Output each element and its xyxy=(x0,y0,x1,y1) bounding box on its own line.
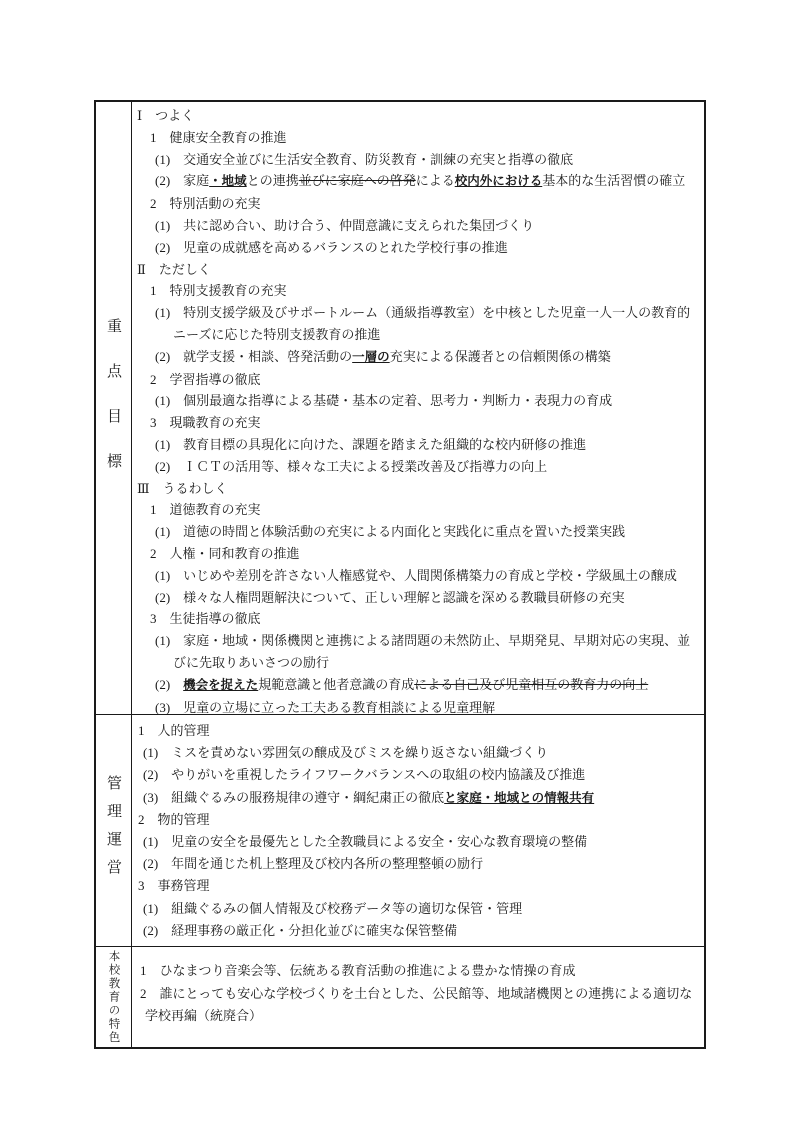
text-segment-normal: Ⅱ ただしく xyxy=(137,262,211,277)
doc-line: 2 物的管理 xyxy=(132,809,698,831)
doc-line: (1) ミスを責めない雰囲気の醸成及びミスを繰り返さない組織づくり xyxy=(132,742,698,764)
doc-line: Ⅲ うるわしく xyxy=(132,478,698,500)
text-segment-normal: (2) xyxy=(155,677,183,692)
doc-line: (1) 交通安全並びに生活安全教育、防災教育・訓練の充実と指導の徹底 xyxy=(132,149,698,171)
doc-line: (1) 道徳の時間と体験活動の充実による内面化と実践化に重点を置いた授業実践 xyxy=(132,521,698,543)
text-segment-add: と家庭・地域との情報共有 xyxy=(444,791,594,805)
text-segment-normal: による xyxy=(416,173,455,188)
doc-line: 2 誰にとっても安心な学校づくりを土台とした、公民館等、地域諸機関との連携による… xyxy=(132,983,698,1028)
text-segment-add: ・地域 xyxy=(209,174,247,188)
section-label-cell: 本校教育の特色 xyxy=(96,947,132,1047)
text-segment-normal: 基本的な生活習慣の確立 xyxy=(542,173,685,188)
doc-line: 1 道徳教育の充実 xyxy=(132,499,698,521)
doc-line: 2 学習指導の徹底 xyxy=(132,369,698,391)
document-page: 重点目標Ⅰ つよく1 健康安全教育の推進(1) 交通安全並びに生活安全教育、防災… xyxy=(0,0,800,1131)
doc-line: (3) 組織ぐるみの服務規律の遵守・綱紀粛正の徹底と家庭・地域との情報共有 xyxy=(132,787,698,809)
text-segment-normal: (1) 個別最適な指導による基礎・基本の定着、思考力・判断力・表現力の育成 xyxy=(155,393,612,408)
text-segment-add: 機会を捉えた xyxy=(183,678,258,692)
text-segment-normal: との連携 xyxy=(247,173,299,188)
text-segment-normal: (2) やりがいを重視したライフワークバランスへの取組の校内協議及び推進 xyxy=(143,767,585,782)
text-segment-normal: (1) 家庭・地域・関係機関と連携による諸問題の未然防止、早期発見、早期対応の実… xyxy=(155,633,690,670)
section-row: 本校教育の特色1 ひなまつり音楽会等、伝統ある教育活動の推進による豊かな情操の育… xyxy=(96,946,704,1047)
section-label: 管理運営 xyxy=(103,775,124,887)
section-row: 管理運営1 人的管理(1) ミスを責めない雰囲気の醸成及びミスを繰り返さない組織… xyxy=(96,714,704,946)
text-segment-normal: 3 事務管理 xyxy=(138,878,210,893)
section-label: 本校教育の特色 xyxy=(106,950,122,1045)
doc-line: (2) 様々な人権問題解決について、正しい理解と認識を深める教職員研修の充実 xyxy=(132,587,698,609)
text-segment-normal: (1) ミスを責めない雰囲気の醸成及びミスを繰り返さない組織づくり xyxy=(143,745,548,760)
doc-line: (3) 児童の立場に立った工夫ある教育相談による児童理解 xyxy=(132,697,698,714)
doc-line: (2) 就学支援・相談、啓発活動の一層の充実による保護者との信頼関係の構築 xyxy=(132,346,698,369)
doc-line: (1) 組織ぐるみの個人情報及び校務データ等の適切な保管・管理 xyxy=(132,898,698,920)
section-content: Ⅰ つよく1 健康安全教育の推進(1) 交通安全並びに生活安全教育、防災教育・訓… xyxy=(132,102,704,714)
doc-line: Ⅰ つよく xyxy=(132,105,698,127)
doc-line: (2) 年間を通じた机上整理及び校内各所の整理整頓の励行 xyxy=(132,853,698,875)
section-label: 重点目標 xyxy=(103,318,124,498)
section-label-cell: 管理運営 xyxy=(96,715,132,946)
text-segment-normal: (1) 特別支援学級及びサポートルーム（通級指導教室）を中核とした児童一人一人の… xyxy=(155,305,690,342)
text-segment-normal: Ⅰ つよく xyxy=(137,108,194,123)
text-segment-normal: 1 特別支援教育の充実 xyxy=(150,283,287,298)
doc-line: (2) 機会を捉えた規範意識と他者意識の育成による自己及び児童相互の教育力の向上 xyxy=(132,674,698,697)
text-segment-normal: (2) 経理事務の厳正化・分担化並びに確実な保管整備 xyxy=(143,923,457,938)
text-segment-normal: 1 道徳教育の充実 xyxy=(150,502,261,517)
text-segment-normal: (3) 児童の立場に立った工夫ある教育相談による児童理解 xyxy=(155,700,495,714)
section-content: 1 ひなまつり音楽会等、伝統ある教育活動の推進による豊かな情操の育成2 誰にとっ… xyxy=(132,947,704,1047)
education-plan-table: 重点目標Ⅰ つよく1 健康安全教育の推進(1) 交通安全並びに生活安全教育、防災… xyxy=(94,100,706,1049)
text-segment-normal: Ⅲ うるわしく xyxy=(137,481,228,496)
text-segment-normal: (1) 共に認め合い、助け合う、仲間意識に支えられた集団づくり xyxy=(155,218,534,233)
doc-line: (2) 家庭・地域との連携並びに家庭への啓発による校内外における基本的な生活習慣… xyxy=(132,170,698,193)
text-segment-normal: (1) いじめや差別を許さない人権感覚や、人間関係構築力の育成と学校・学級風土の… xyxy=(155,568,677,583)
doc-line: 3 生徒指導の徹底 xyxy=(132,608,698,630)
doc-line: 1 健康安全教育の推進 xyxy=(132,127,698,149)
doc-line: (1) 個別最適な指導による基礎・基本の定着、思考力・判断力・表現力の育成 xyxy=(132,390,698,412)
text-segment-normal: 2 特別活動の充実 xyxy=(150,196,261,211)
doc-line: (2) 経理事務の厳正化・分担化並びに確実な保管整備 xyxy=(132,920,698,942)
section-row: 重点目標Ⅰ つよく1 健康安全教育の推進(1) 交通安全並びに生活安全教育、防災… xyxy=(96,102,704,714)
doc-line: 3 現職教育の充実 xyxy=(132,412,698,434)
doc-line: (2) ＩＣＴの活用等、様々な工夫による授業改善及び指導力の向上 xyxy=(132,456,698,478)
text-segment-normal: 3 現職教育の充実 xyxy=(150,415,261,430)
doc-line: 1 特別支援教育の充実 xyxy=(132,280,698,302)
text-segment-normal: (1) 教育目標の具現化に向けた、課題を踏まえた組織的な校内研修の推進 xyxy=(155,437,586,452)
text-segment-normal: (1) 組織ぐるみの個人情報及び校務データ等の適切な保管・管理 xyxy=(143,901,522,916)
doc-line: 1 ひなまつり音楽会等、伝統ある教育活動の推進による豊かな情操の育成 xyxy=(132,960,698,983)
text-segment-normal: (2) 年間を通じた机上整理及び校内各所の整理整頓の励行 xyxy=(143,856,483,871)
section-label-cell: 重点目標 xyxy=(96,102,132,714)
doc-line: (1) 児童の安全を最優先とした全教職員による安全・安心な教育環境の整備 xyxy=(132,831,698,853)
text-segment-normal: (2) 児童の成就感を高めるバランスのとれた学校行事の推進 xyxy=(155,240,508,255)
doc-line: (2) 児童の成就感を高めるバランスのとれた学校行事の推進 xyxy=(132,237,698,259)
text-segment-add: 校内外における xyxy=(455,174,543,188)
section-content: 1 人的管理(1) ミスを責めない雰囲気の醸成及びミスを繰り返さない組織づくり(… xyxy=(132,715,704,946)
text-segment-normal: (3) 組織ぐるみの服務規律の遵守・綱紀粛正の徹底 xyxy=(143,790,444,805)
text-segment-normal: (1) 交通安全並びに生活安全教育、防災教育・訓練の充実と指導の徹底 xyxy=(155,152,573,167)
text-segment-normal: (2) 様々な人権問題解決について、正しい理解と認識を深める教職員研修の充実 xyxy=(155,590,625,605)
text-segment-normal: 充実による保護者との信頼関係の構築 xyxy=(390,349,611,364)
doc-line: (1) 特別支援学級及びサポートルーム（通級指導教室）を中核とした児童一人一人の… xyxy=(132,302,698,346)
doc-line: (1) いじめや差別を許さない人権感覚や、人間関係構築力の育成と学校・学級風土の… xyxy=(132,565,698,587)
text-segment-normal: 1 人的管理 xyxy=(138,723,210,738)
doc-line: 1 人的管理 xyxy=(132,720,698,742)
text-segment-normal: 2 学習指導の徹底 xyxy=(150,372,261,387)
doc-line: (1) 共に認め合い、助け合う、仲間意識に支えられた集団づくり xyxy=(132,215,698,237)
doc-line: 3 事務管理 xyxy=(132,875,698,897)
text-segment-normal: 2 物的管理 xyxy=(138,812,210,827)
text-segment-normal: 1 ひなまつり音楽会等、伝統ある教育活動の推進による豊かな情操の育成 xyxy=(140,963,576,978)
text-segment-normal: (2) ＩＣＴの活用等、様々な工夫による授業改善及び指導力の向上 xyxy=(155,459,547,474)
doc-line: 2 特別活動の充実 xyxy=(132,193,698,215)
doc-line: (1) 家庭・地域・関係機関と連携による諸問題の未然防止、早期発見、早期対応の実… xyxy=(132,630,698,674)
text-segment-normal: 1 健康安全教育の推進 xyxy=(150,130,287,145)
text-segment-del: 並びに家庭への啓発 xyxy=(299,173,416,188)
text-segment-normal: (2) 就学支援・相談、啓発活動の xyxy=(155,349,352,364)
doc-line: (2) やりがいを重視したライフワークバランスへの取組の校内協議及び推進 xyxy=(132,764,698,786)
text-segment-add: 一層の xyxy=(352,350,390,364)
text-segment-normal: 2 人権・同和教育の推進 xyxy=(150,546,300,561)
text-segment-del: による自己及び児童相互の教育力の向上 xyxy=(414,677,648,692)
text-segment-normal: 2 誰にとっても安心な学校づくりを土台とした、公民館等、地域諸機関との連携による… xyxy=(140,986,692,1024)
text-segment-normal: 規範意識と他者意識の育成 xyxy=(258,677,414,692)
doc-line: (1) 教育目標の具現化に向けた、課題を踏まえた組織的な校内研修の推進 xyxy=(132,434,698,456)
doc-line: Ⅱ ただしく xyxy=(132,259,698,281)
text-segment-normal: (2) 家庭 xyxy=(155,173,209,188)
text-segment-normal: (1) 道徳の時間と体験活動の充実による内面化と実践化に重点を置いた授業実践 xyxy=(155,524,625,539)
text-segment-normal: 3 生徒指導の徹底 xyxy=(150,611,261,626)
doc-line: 2 人権・同和教育の推進 xyxy=(132,543,698,565)
text-segment-normal: (1) 児童の安全を最優先とした全教職員による安全・安心な教育環境の整備 xyxy=(143,834,587,849)
